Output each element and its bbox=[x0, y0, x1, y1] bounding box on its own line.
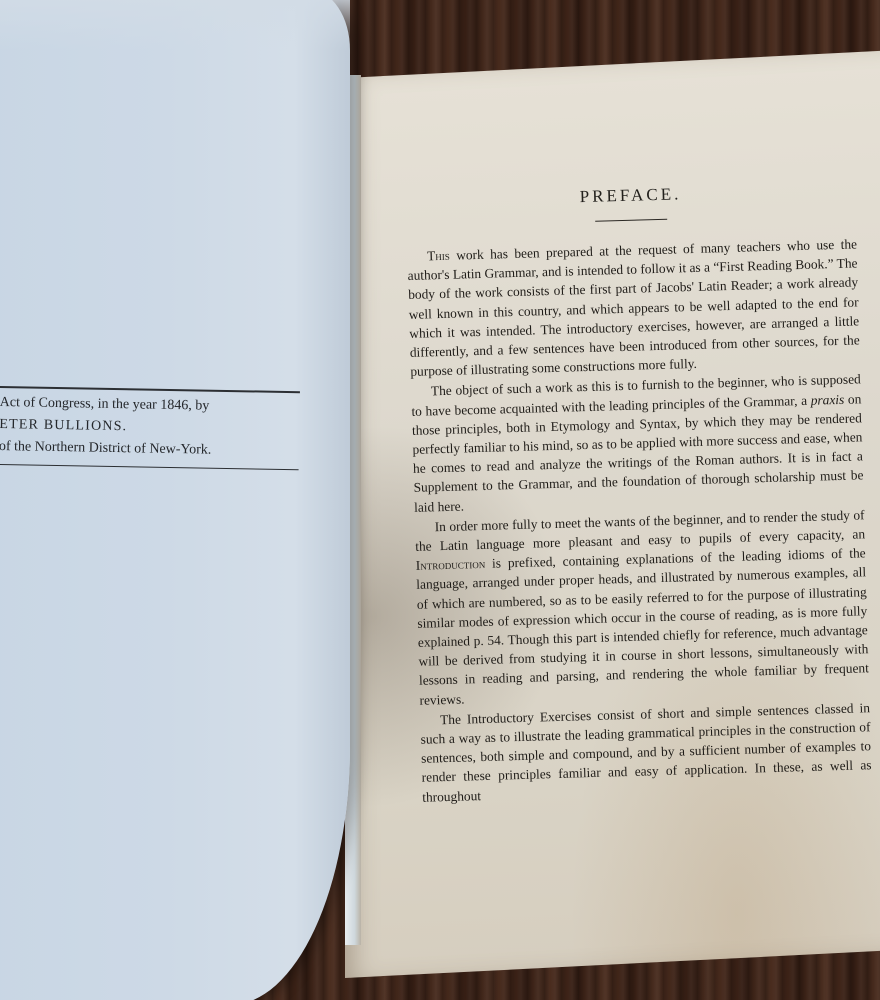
preface-paragraph-4: The Introductory Exercises consist of sh… bbox=[420, 698, 873, 807]
italic-term-praxis: praxis bbox=[811, 391, 845, 407]
preface-paragraph-2: The object of such a work as this is to … bbox=[411, 370, 865, 517]
preface-paragraph-3: In order more fully to meet the wants of… bbox=[414, 505, 869, 710]
preface-paragraph-1: This work has been prepared at the reque… bbox=[407, 234, 861, 381]
paragraph-text: is prefixed, containing explanations of … bbox=[416, 546, 869, 708]
smallcaps-term-introduction: Introduction bbox=[416, 556, 486, 573]
title-rule-divider bbox=[595, 219, 667, 222]
left-page-paper bbox=[0, 0, 350, 1000]
copyright-notice: Act of Congress, in the year 1846, by ET… bbox=[0, 386, 300, 470]
paragraph-text: The Introductory Exercises consist of sh… bbox=[420, 700, 871, 804]
paragraph-text: work has been prepared at the request of… bbox=[407, 236, 859, 379]
drop-lead-word: This bbox=[427, 248, 450, 264]
preface-page-text: PREFACE. This work has been prepared at … bbox=[405, 167, 872, 806]
preface-title: PREFACE. bbox=[405, 179, 855, 212]
